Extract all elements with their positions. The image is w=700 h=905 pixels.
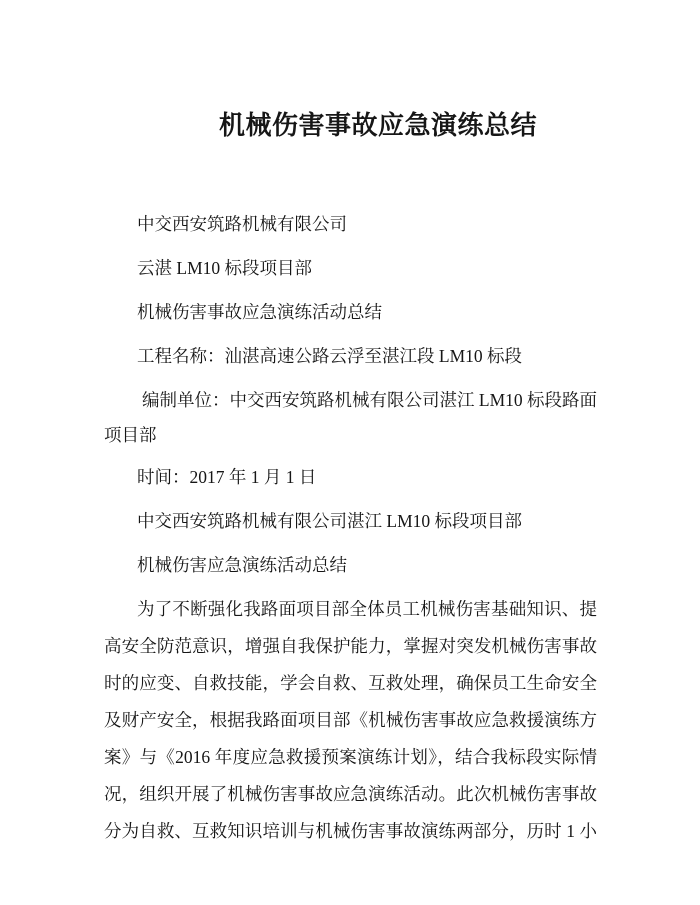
document-body: 中交西安筑路机械有限公司云湛 LM10 标段项目部机械伤害事故应急演练活动总结工… — [104, 206, 597, 850]
text-line: 中交西安筑路机械有限公司湛江 LM10 标段项目部 — [104, 503, 597, 540]
text-line: 分为自救、互救知识培训与机械伤害事故演练两部分，历时 1 小 — [104, 813, 597, 850]
text-line: 工程名称：汕湛高速公路云浮至湛江段 LM10 标段 — [104, 338, 597, 375]
text-line: 为了不断强化我路面项目部全体员工机械伤害基础知识、提 — [104, 591, 597, 628]
text-line: 况，组织开展了机械伤害事故应急演练活动。此次机械伤害事故 — [104, 776, 597, 813]
paragraph: 编制单位：中交西安筑路机械有限公司湛江 LM10 标段路面项目部 — [104, 382, 597, 452]
text-line: 机械伤害应急演练活动总结 — [104, 547, 597, 584]
text-line: 云湛 LM10 标段项目部 — [104, 250, 597, 287]
paragraph: 中交西安筑路机械有限公司湛江 LM10 标段项目部 — [104, 503, 597, 540]
text-line: 案》与《2016 年度应急救援预案演练计划》，结合我标段实际情 — [104, 739, 597, 776]
paragraph: 工程名称：汕湛高速公路云浮至湛江段 LM10 标段 — [104, 338, 597, 375]
paragraph: 机械伤害应急演练活动总结 — [104, 547, 597, 584]
paragraph: 机械伤害事故应急演练活动总结 — [104, 294, 597, 331]
paragraph: 为了不断强化我路面项目部全体员工机械伤害基础知识、提高安全防范意识，增强自我保护… — [104, 591, 597, 850]
paragraph: 时间：2017 年 1 月 1 日 — [104, 459, 597, 496]
document-page: 机械伤害事故应急演练总结 中交西安筑路机械有限公司云湛 LM10 标段项目部机械… — [0, 0, 700, 905]
paragraph: 中交西安筑路机械有限公司 — [104, 206, 597, 243]
text-line: 时间：2017 年 1 月 1 日 — [104, 459, 597, 496]
text-line: 中交西安筑路机械有限公司 — [104, 206, 597, 243]
text-line: 时的应变、自救技能，学会自救、互救处理，确保员工生命安全 — [104, 665, 597, 702]
text-line: 机械伤害事故应急演练活动总结 — [104, 294, 597, 331]
paragraph: 云湛 LM10 标段项目部 — [104, 250, 597, 287]
text-line: 项目部 — [104, 419, 597, 452]
text-line: 高安全防范意识，增强自我保护能力，掌握对突发机械伤害事故 — [104, 628, 597, 665]
text-line: 及财产安全，根据我路面项目部《机械伤害事故应急救援演练方 — [104, 702, 597, 739]
text-line: 编制单位：中交西安筑路机械有限公司湛江 LM10 标段路面 — [104, 382, 597, 419]
document-title: 机械伤害事故应急演练总结 — [160, 109, 596, 142]
